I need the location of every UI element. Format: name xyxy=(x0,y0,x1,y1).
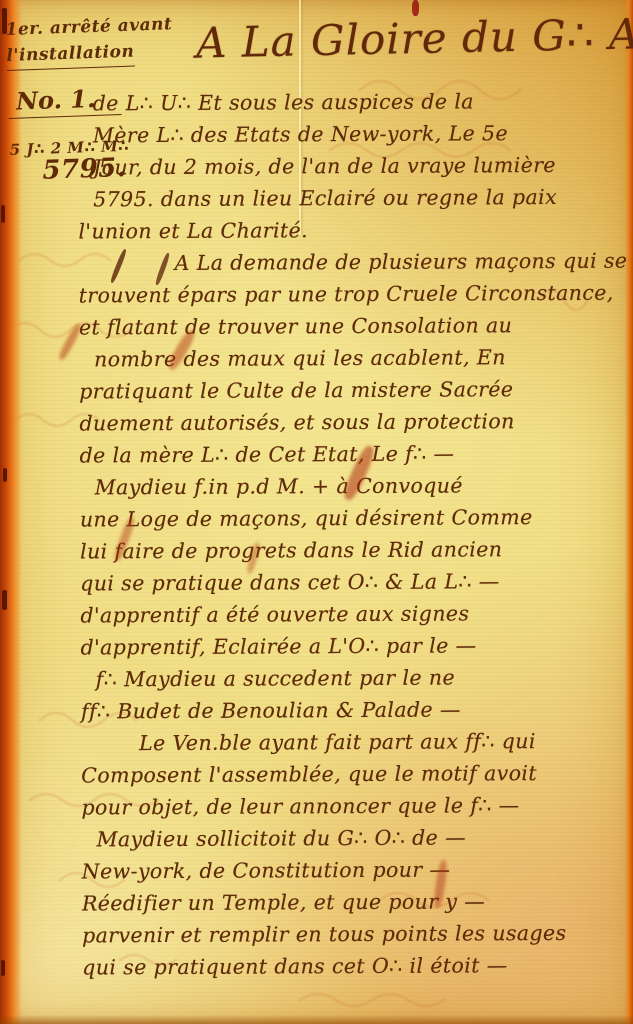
binding-speck xyxy=(3,468,7,482)
ink-mark-top xyxy=(412,0,419,16)
manuscript-line: qui se pratiquent dans cet O∴ il étoit — xyxy=(82,949,633,984)
manuscript-line: A La demande de plusieurs maçons qui se xyxy=(174,245,630,279)
page-bottom-edge xyxy=(0,1015,633,1024)
margin-note-arrete-line2: l'installation xyxy=(6,39,135,71)
manuscript-line: l'union et La Charité. xyxy=(78,213,630,248)
manuscript-line: une Loge de maçons, qui désirent Comme xyxy=(80,501,632,536)
manuscript-line: Composent l'assemblée, que le motif avoi… xyxy=(81,757,633,792)
manuscript-line: Jour, du 2 mois, de l'an de la vraye lum… xyxy=(93,149,630,184)
manuscript-line: Mère L∴ des Etats de New-york, Le 5e xyxy=(93,117,630,152)
manuscript-line: duement autorisés, et sous la protection xyxy=(79,405,631,440)
manuscript-line: pratiquant le Culte de la mistere Sacrée xyxy=(79,373,631,408)
binding-speck xyxy=(2,590,7,610)
manuscript-line: trouvent épars par une trop Cruele Circo… xyxy=(79,277,631,312)
manuscript-line: Le Ven.ble ayant fait part aux ff∴ qui xyxy=(139,725,633,760)
manuscript-line: f∴ Maydieu a succedent par le ne xyxy=(96,661,633,696)
manuscript-line: ff∴ Budet de Benoulian & Palade — xyxy=(81,693,633,728)
manuscript-line: Maydieu sollicitoit du G∴ O∴ de — xyxy=(97,821,633,856)
manuscript-line: d'apprentif, Eclairée a L'O∴ par le — xyxy=(81,629,633,664)
manuscript-line: et flatant de trouver une Consolation au xyxy=(79,309,631,344)
manuscript-line: pour objet, de leur annoncer que le f∴ — xyxy=(81,789,633,824)
manuscript-line: New-york, de Constitution pour — xyxy=(82,853,633,888)
manuscript-line: de L∴ U∴ Et sous les auspices de la xyxy=(93,85,630,120)
manuscript-line: parvenir et remplir en tous points les u… xyxy=(82,917,633,952)
manuscript-line: Réedifier un Temple, et que pour y — xyxy=(82,885,633,920)
manuscript-line: d'apprentif a été ouverte aux signes xyxy=(80,597,632,632)
manuscript-line: qui se pratique dans cet O∴ & La L∴ — xyxy=(80,565,632,600)
manuscript-line: 5795. dans un lieu Eclairé ou regne la p… xyxy=(93,181,630,216)
binding-speck xyxy=(1,205,5,223)
manuscript-page: 1er. arrêté avant l'installation No. 1. … xyxy=(0,0,633,1024)
manuscript-line: lui faire de progrets dans le Rid ancien xyxy=(80,533,632,568)
binding-speck xyxy=(1,960,5,976)
page-title-invocation: A La Gloire du G∴ A∴ xyxy=(196,9,633,67)
manuscript-body: de L∴ U∴ Et sous les auspices de la Mère… xyxy=(78,85,633,984)
